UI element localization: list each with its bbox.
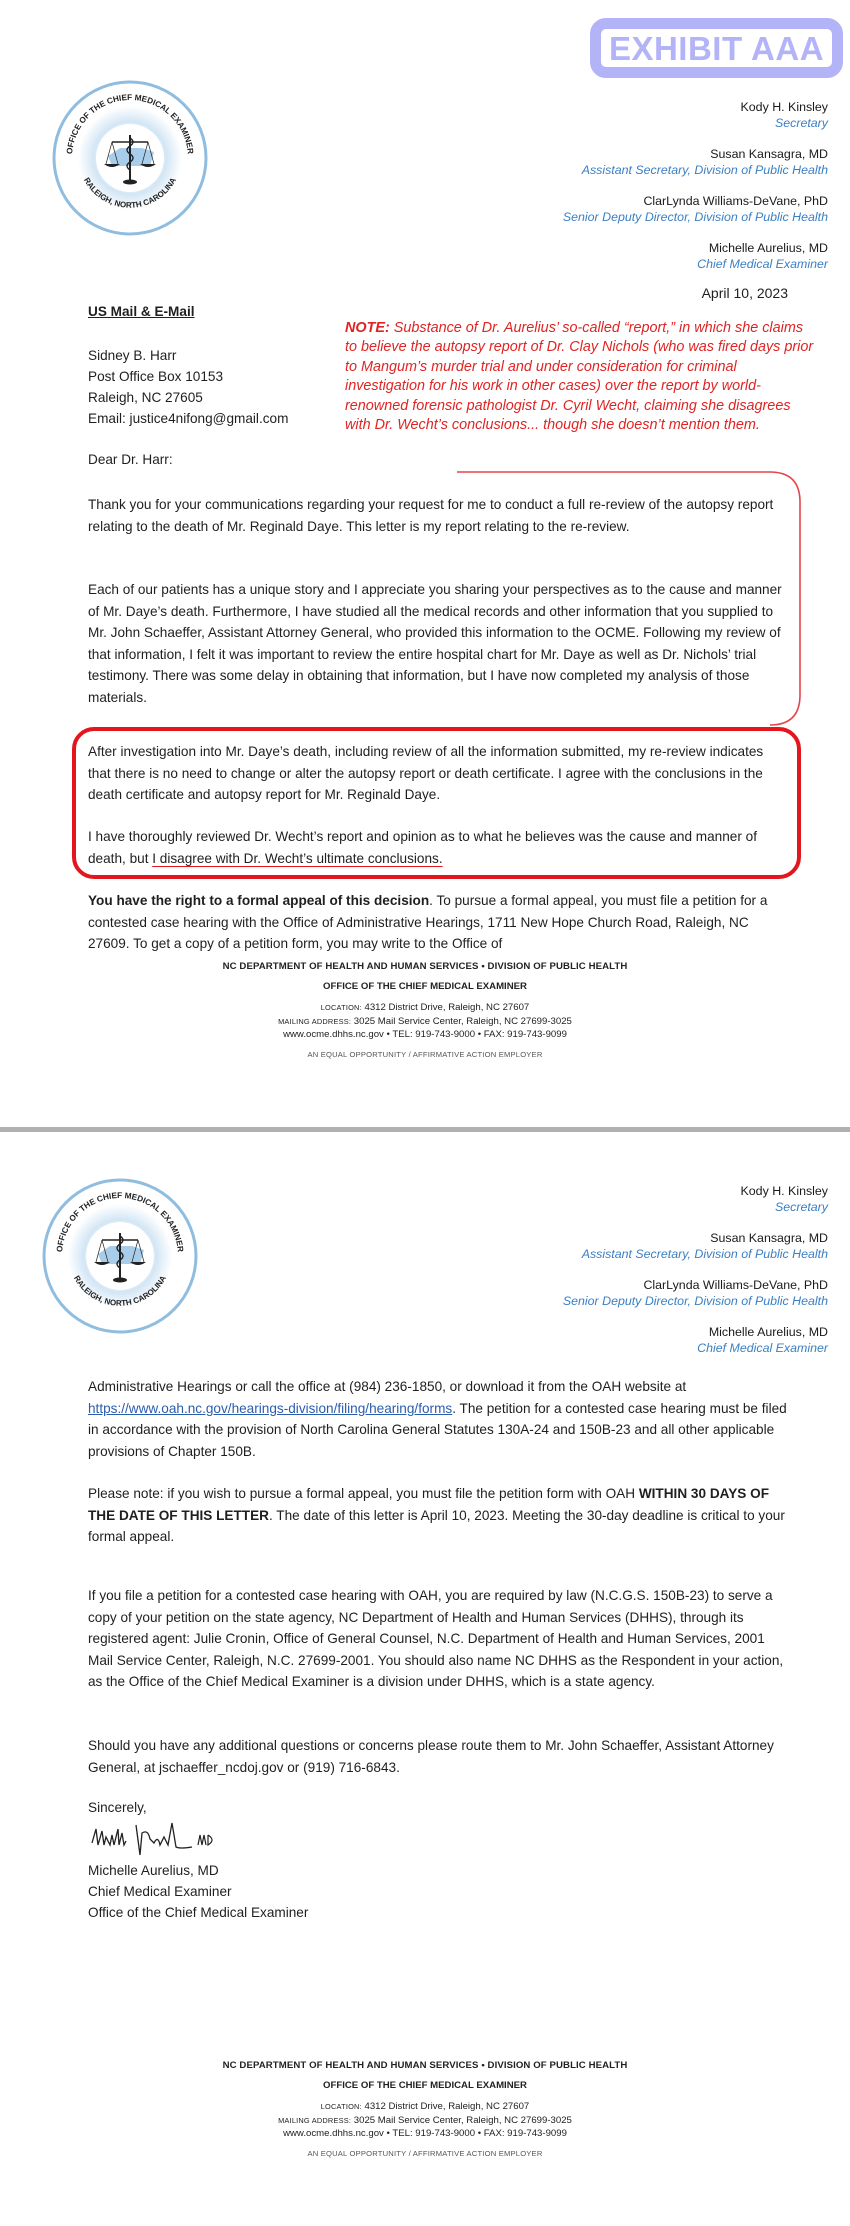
signer-name: Michelle Aurelius, MD <box>88 1860 488 1881</box>
officials-list-page2: Kody H. Kinsley Secretary Susan Kansagra… <box>408 1184 828 1372</box>
footer-addresses: LOCATION: 4312 District Drive, Raleigh, … <box>0 1001 850 1042</box>
footer-mailing: 3025 Mail Service Center, Raleigh, NC 27… <box>351 1016 572 1027</box>
official-deputy-director: ClarLynda Williams-DeVane, PhD Senior De… <box>408 1278 828 1309</box>
paragraph-intro: Thank you for your communications regard… <box>88 494 788 537</box>
paragraph-wecht: I have thoroughly reviewed Dr. Wecht’s r… <box>88 826 788 869</box>
official-title: Chief Medical Examiner <box>408 1341 828 1357</box>
official-secretary: Kody H. Kinsley Secretary <box>408 1184 828 1215</box>
footer-addresses: LOCATION: 4312 District Drive, Raleigh, … <box>0 2100 850 2141</box>
footer-mailing: 3025 Mail Service Center, Raleigh, NC 27… <box>351 2115 572 2126</box>
official-name: Michelle Aurelius, MD <box>408 1325 828 1341</box>
deadline-text: Please note: if you wish to pursue a for… <box>88 1486 639 1501</box>
footer-office: OFFICE OF THE CHIEF MEDICAL EXAMINER <box>0 2080 850 2091</box>
footer-mailing-label: MAILING ADDRESS: <box>278 2116 351 2125</box>
official-name: Kody H. Kinsley <box>408 1184 828 1200</box>
footer-dept: NC DEPARTMENT OF HEALTH AND HUMAN SERVIC… <box>0 961 850 972</box>
official-title: Senior Deputy Director, Division of Publ… <box>408 1294 828 1310</box>
official-chief-medical-examiner: Michelle Aurelius, MD Chief Medical Exam… <box>408 1325 828 1356</box>
footer-eeo: AN EQUAL OPPORTUNITY / AFFIRMATIVE ACTIO… <box>0 2149 850 2158</box>
footer-contact: www.ocme.dhhs.nc.gov • TEL: 919-743-9000… <box>0 1028 850 1042</box>
paragraph-review: Each of our patients has a unique story … <box>88 579 788 708</box>
paragraph-deadline: Please note: if you wish to pursue a for… <box>88 1483 788 1548</box>
official-title: Assistant Secretary, Division of Public … <box>408 1247 828 1263</box>
seal-icon: OFFICE OF THE CHIEF MEDICAL EXAMINER RAL… <box>40 1176 200 1336</box>
footer-eeo: AN EQUAL OPPORTUNITY / AFFIRMATIVE ACTIO… <box>0 1050 850 1059</box>
footer-location: 4312 District Drive, Raleigh, NC 27607 <box>362 2101 529 2112</box>
footer-office: OFFICE OF THE CHIEF MEDICAL EXAMINER <box>0 981 850 992</box>
paragraph-oah-website: Administrative Hearings or call the offi… <box>88 1376 788 1462</box>
paragraph-conclusion: After investigation into Mr. Daye’s deat… <box>88 741 788 806</box>
official-assistant-secretary: Susan Kansagra, MD Assistant Secretary, … <box>408 1231 828 1262</box>
footer-location: 4312 District Drive, Raleigh, NC 27607 <box>362 1002 529 1013</box>
official-title: Secretary <box>408 1200 828 1216</box>
footer-contact: www.ocme.dhhs.nc.gov • TEL: 919-743-9000… <box>0 2127 850 2141</box>
signature-image <box>88 1815 288 1860</box>
paragraph-service: If you file a petition for a contested c… <box>88 1585 788 1693</box>
oah-forms-link[interactable]: https://www.oah.nc.gov/hearings-division… <box>88 1401 452 1416</box>
paragraph-questions: Should you have any additional questions… <box>88 1735 788 1778</box>
paragraph-appeal-rights: You have the right to a formal appeal of… <box>88 890 788 955</box>
signer-office: Office of the Chief Medical Examiner <box>88 1902 488 1923</box>
official-name: Susan Kansagra, MD <box>408 1231 828 1247</box>
footer-location-label: LOCATION: <box>321 2102 362 2111</box>
appeal-rights-bold: You have the right to a formal appeal of… <box>88 893 429 908</box>
wecht-disagreement-underlined: I disagree with Dr. Wecht’s ultimate con… <box>152 851 442 866</box>
page2-footer: NC DEPARTMENT OF HEALTH AND HUMAN SERVIC… <box>0 2060 850 2158</box>
footer-mailing-label: MAILING ADDRESS: <box>278 1017 351 1026</box>
page1-footer: NC DEPARTMENT OF HEALTH AND HUMAN SERVIC… <box>0 961 850 1059</box>
footer-dept: NC DEPARTMENT OF HEALTH AND HUMAN SERVIC… <box>0 2060 850 2071</box>
page-separator <box>0 1127 850 1132</box>
ocme-seal-logo-page2: OFFICE OF THE CHIEF MEDICAL EXAMINER RAL… <box>40 1176 200 1336</box>
signer-block: Michelle Aurelius, MD Chief Medical Exam… <box>88 1860 488 1923</box>
oah-text: Administrative Hearings or call the offi… <box>88 1379 686 1394</box>
official-name: ClarLynda Williams-DeVane, PhD <box>408 1278 828 1294</box>
signer-title: Chief Medical Examiner <box>88 1881 488 1902</box>
footer-location-label: LOCATION: <box>321 1003 362 1012</box>
